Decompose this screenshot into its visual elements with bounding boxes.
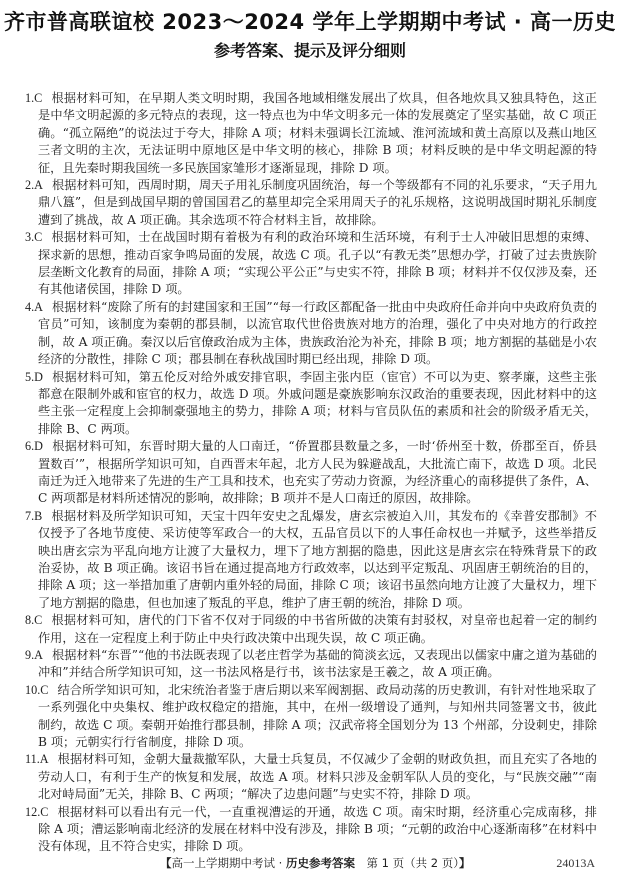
footer-exam-name: 高一上学期期中考试 ·: [172, 856, 286, 870]
explanation-text: 根据材料可以看出有元一代，一直重视漕运的开通，故选 C 项。南宋时期，经济重心完…: [38, 805, 597, 854]
explanation-text: 根据材料可知，在早期人类文明时期，我国各地域相继发展出了炊具，但各地炊具又独具特…: [38, 91, 597, 175]
question-number: 4.: [25, 300, 34, 314]
answer-item-3: 3.C根据材料可知，士在战国时期有着极为有利的政治环境和生活环境，有利于士人冲破…: [25, 229, 597, 299]
question-number: 8.: [25, 613, 34, 627]
answer-letter: C: [40, 683, 48, 697]
explanation-text: 根据材料可知，西周时期，周天子用礼乐制度巩固统治，每一个等级都有不同的礼乐要求，…: [38, 178, 597, 227]
explanation-text: 根据材料可知，第五伦反对给外戚安排官职，李固主张内臣（宦官）不可以为吏、察孝廉，…: [38, 370, 597, 436]
answer-letter: C: [34, 91, 42, 105]
answer-item-7: 7.B根据材料及所学知识可知，天宝十四年安史之乱爆发，唐玄宗被迫入川，其发布的《…: [25, 508, 597, 612]
question-number: 3.: [25, 230, 34, 244]
question-number: 11.: [25, 752, 40, 766]
footer-bracket-open: 【: [160, 856, 172, 870]
explanation-text: 结合所学知识可知，北宋统治者鉴于唐后期以来军阀割据、政局动荡的历史教训，有针对性…: [38, 683, 597, 749]
page-footer: 【高一上学期期中考试 · 历史参考答案 第 1 页（共 2 页）】: [160, 855, 470, 871]
footer-page-number: 第 1 页（共 2 页）: [355, 856, 459, 870]
question-number: 5.: [25, 370, 34, 384]
answer-letter: A: [34, 648, 43, 662]
answer-item-1: 1.C根据材料可知，在早期人类文明时期，我国各地域相继发展出了炊具，但各地炊具又…: [25, 90, 597, 177]
answer-item-5: 5.D根据材料可知，第五伦反对给外戚安排官职，李固主张内臣（宦官）不可以为吏、察…: [25, 369, 597, 439]
answer-item-11: 11.A根据材料可知，金朝大量裁撤军队，大量士兵复员，不仅减少了金朝的财政负担，…: [25, 751, 597, 803]
question-number: 6.: [25, 439, 34, 453]
footer-subject: 历史参考答案: [286, 856, 355, 870]
question-number: 12.: [25, 805, 40, 819]
answer-item-8: 8.C根据材料可知，唐代的门下省不仅对于同级的中书省所做的决策有封驳权，对皇帝也…: [25, 612, 597, 647]
explanation-text: 根据材料“废除了所有的封建国家和王国”“每一行政区都配备一批由中央政府任命并向中…: [38, 300, 597, 366]
answer-letter: B: [34, 509, 42, 523]
answer-item-6: 6.D根据材料可知，东晋时期大量的人口南迁，“侨置郡县数量之多，一时‘侨州至十数…: [25, 438, 597, 508]
answer-letter: D: [34, 370, 43, 384]
explanation-text: 根据材料“东晋”“他的书法既表现了以老庄哲学为基础的简淡玄远，又表现出以儒家中庸…: [38, 648, 597, 679]
explanation-text: 根据材料可知，金朝大量裁撤军队，大量士兵复员，不仅减少了金朝的财政负担，而且充实…: [38, 752, 597, 801]
answer-item-4: 4.A根据材料“废除了所有的封建国家和王国”“每一行政区都配备一批由中央政府任命…: [25, 299, 597, 369]
explanation-text: 根据材料可知，唐代的门下省不仅对于同级的中书省所做的决策有封驳权，对皇帝也起着一…: [38, 613, 597, 644]
document-code: 24013A: [556, 856, 595, 871]
footer-bracket-close: 】: [459, 856, 471, 870]
answer-letter: A: [34, 300, 43, 314]
explanation-text: 根据材料可知，东晋时期大量的人口南迁，“侨置郡县数量之多，一时‘侨州至十数，侨郡…: [38, 439, 597, 505]
answer-list: 1.C根据材料可知，在早期人类文明时期，我国各地域相继发展出了炊具，但各地炊具又…: [25, 90, 597, 856]
answer-letter: A: [34, 178, 43, 192]
answer-item-12: 12.C根据材料可以看出有元一代，一直重视漕运的开通，故选 C 项。南宋时期，经…: [25, 804, 597, 856]
answer-item-2: 2.A根据材料可知，西周时期，周天子用礼乐制度巩固统治，每一个等级都有不同的礼乐…: [25, 177, 597, 229]
answer-letter: C: [34, 230, 42, 244]
question-number: 2.: [25, 178, 34, 192]
answer-item-10: 10.C结合所学知识可知，北宋统治者鉴于唐后期以来军阀割据、政局动荡的历史教训，…: [25, 682, 597, 752]
question-number: 9.: [25, 648, 34, 662]
explanation-text: 根据材料及所学知识可知，天宝十四年安史之乱爆发，唐玄宗被迫入川，其发布的《幸普安…: [38, 509, 597, 610]
document-page: 齐市普高联谊校 2023～2024 学年上学期期中考试 · 高一历史 参考答案、…: [0, 0, 620, 881]
question-number: 7.: [25, 509, 34, 523]
document-title: 齐市普高联谊校 2023～2024 学年上学期期中考试 · 高一历史: [0, 6, 620, 36]
question-number: 1.: [25, 91, 34, 105]
answer-letter: D: [34, 439, 43, 453]
question-number: 10.: [25, 683, 40, 697]
answer-letter: C: [34, 613, 42, 627]
answer-letter: A: [40, 752, 49, 766]
document-subtitle: 参考答案、提示及评分细则: [0, 38, 620, 61]
answer-item-9: 9.A根据材料“东晋”“他的书法既表现了以老庄哲学为基础的简淡玄远，又表现出以儒…: [25, 647, 597, 682]
explanation-text: 根据材料可知，士在战国时期有着极为有利的政治环境和生活环境，有利于士人冲破旧思想…: [38, 230, 597, 296]
answer-letter: C: [40, 805, 48, 819]
